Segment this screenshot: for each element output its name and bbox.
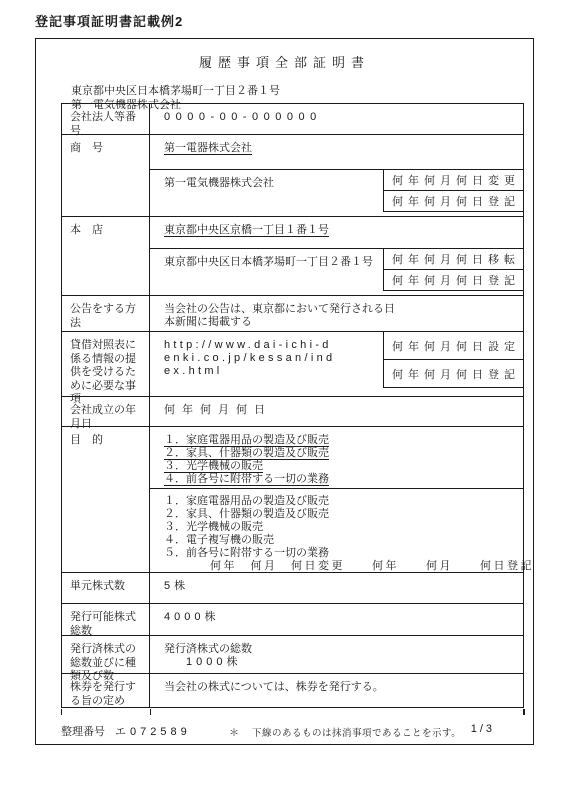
row-unit-shares-label: 単元株式数 xyxy=(62,573,150,603)
row-public-notice: 公告をする方法 当会社の公告は、東京都において発行される日 本新聞に掲載する xyxy=(62,295,523,331)
row-balance-sheet-label: 貸借対照表に係る情報の提供を受けるために必要な事項 xyxy=(62,332,150,396)
row-corp-number-label: 会社法人等番号 xyxy=(62,104,150,134)
row-head-office: 本 店 東京都中央区京橋一丁目１番１号 東京都中央区日本橋茅場町一丁目２番１号 … xyxy=(62,216,523,295)
purpose-item-3: ３．光学機械の販売 xyxy=(164,521,523,534)
incorporation-date-value: 何年何月何日 xyxy=(150,397,523,417)
trade-name-dates: 何年何月何日変更 何年何月何日登記 xyxy=(383,170,523,212)
recipient-address: 東京都中央区日本橋茅場町一丁目２番１号 xyxy=(71,84,533,98)
purpose-struck-item-1: １．家庭電器用品の製造及び販売 xyxy=(164,434,329,446)
head-office-struck: 東京都中央区京橋一丁目１番１号 xyxy=(164,224,329,236)
row-trade-name-label: 商 号 xyxy=(62,135,150,216)
table-continuation-stub-right xyxy=(523,709,525,715)
balance-sheet-date-register: 何年何月何日登記 xyxy=(384,359,523,387)
row-share-certificates-label: 株券を発行する旨の定め xyxy=(62,674,150,707)
authorized-shares-value: 4000株 xyxy=(150,604,523,624)
public-notice-line-1: 当会社の公告は、東京都において発行される日 xyxy=(164,303,523,316)
head-office-dates: 何年何月何日移転 何年何月何日登記 xyxy=(383,249,523,291)
purpose-item-4: ４．電子複写機の販売 xyxy=(164,534,523,547)
share-certificates-value: 当会社の株式については、株券を発行する。 xyxy=(150,674,523,694)
ref-number-label: 整理番号 xyxy=(61,723,105,739)
document-sample-label: 登記事項証明書記載例2 xyxy=(35,11,183,30)
certificate-title: 履歴事項全部証明書 xyxy=(36,52,533,71)
page-number: 1/3 xyxy=(471,723,495,735)
balance-sheet-url-line-2: enki.co.jp/kessan/ind xyxy=(164,352,383,365)
balance-sheet-url-line-3: ex.html xyxy=(164,365,383,378)
row-head-office-label: 本 店 xyxy=(62,217,150,295)
row-authorized-shares: 発行可能株式総数 4000株 xyxy=(62,603,523,635)
row-trade-name: 商 号 第一電器株式会社 第一電気機器株式会社 何年何月何日変更 何年何月何日登… xyxy=(62,134,523,216)
corp-number-value: 0000-00-000000 xyxy=(150,104,523,124)
purpose-item-1: １．家庭電器用品の製造及び販売 xyxy=(164,495,523,508)
certificate-frame: 履歴事項全部証明書 東京都中央区日本橋茅場町一丁目２番１号 第一電気機器株式会社… xyxy=(35,38,534,745)
trade-name-struck: 第一電器株式会社 xyxy=(164,142,252,154)
certificate-footer: 整理番号 エ072589 ＊ 下線のあるものは抹消事項であることを示す。 1/3 xyxy=(36,723,533,739)
row-corp-number: 会社法人等番号 0000-00-000000 xyxy=(62,104,523,134)
unit-shares-value: 5株 xyxy=(150,573,523,593)
head-office-registered: 東京都中央区日本橋茅場町一丁目２番１号 xyxy=(150,249,383,295)
row-authorized-shares-label: 発行可能株式総数 xyxy=(62,604,150,635)
row-public-notice-label: 公告をする方法 xyxy=(62,296,150,331)
row-purpose-label: 目 的 xyxy=(62,427,150,572)
trade-name-date-change: 何年何月何日変更 xyxy=(384,170,523,190)
asterisk-mark: ＊ xyxy=(229,724,239,739)
balance-sheet-dates: 何年何月何日設定 何年何月何日登記 xyxy=(383,332,523,388)
issued-shares-line-2: 1000株 xyxy=(164,656,523,669)
purpose-item-2: ２．家具、什器類の製造及び販売 xyxy=(164,508,523,521)
purpose-struck-item-4: ４．前各号に附帯する一切の業務 xyxy=(164,473,329,485)
underline-note: 下線のあるものは抹消事項であることを示す。 xyxy=(252,725,461,739)
row-balance-sheet: 貸借対照表に係る情報の提供を受けるために必要な事項 http://www.dai… xyxy=(62,331,523,396)
balance-sheet-date-set: 何年何月何日設定 xyxy=(384,332,523,359)
purpose-struck-item-2: ２．家具、什器類の製造及び販売 xyxy=(164,447,329,459)
table-continuation-stub-divider xyxy=(150,709,151,715)
head-office-date-move: 何年何月何日移転 xyxy=(384,249,523,269)
ref-number-value: エ072589 xyxy=(115,723,191,739)
row-issued-shares-label: 発行済株式の総数並びに種類及び数 xyxy=(62,636,150,673)
public-notice-line-2: 本新聞に掲載する xyxy=(164,316,523,329)
balance-sheet-url-line-1: http://www.dai-ichi-d xyxy=(164,339,383,352)
row-incorporation-date-label: 会社成立の年月日 xyxy=(62,397,150,426)
trade-name-registered: 第一電気機器株式会社 xyxy=(150,170,383,216)
table-continuation-stub-left xyxy=(61,709,63,715)
registry-table: 会社法人等番号 0000-00-000000 商 号 第一電器株式会社 第一電気… xyxy=(61,103,524,708)
row-purpose: 目 的 １．家庭電器用品の製造及び販売 ２．家具、什器類の製造及び販売 ３．光学… xyxy=(62,426,523,572)
purpose-struck-item-3: ３．光学機械の販売 xyxy=(164,460,263,472)
head-office-date-register: 何年何月何日登記 xyxy=(384,269,523,290)
row-incorporation-date: 会社成立の年月日 何年何月何日 xyxy=(62,396,523,426)
purpose-date-line: 何年 何月 何日変更 何年 何月 何日登記 xyxy=(164,560,523,573)
row-issued-shares: 発行済株式の総数並びに種類及び数 発行済株式の総数 1000株 xyxy=(62,635,523,673)
trade-name-date-register: 何年何月何日登記 xyxy=(384,190,523,211)
row-share-certificates: 株券を発行する旨の定め 当会社の株式については、株券を発行する。 xyxy=(62,673,523,707)
certificate-page: { "page": { "doc_label": "登記事項証明書記載例2", … xyxy=(0,0,585,805)
issued-shares-line-1: 発行済株式の総数 xyxy=(164,643,523,656)
purpose-item-5: ５．前各号に附帯する一切の業務 xyxy=(164,547,523,560)
row-unit-shares: 単元株式数 5株 xyxy=(62,572,523,603)
